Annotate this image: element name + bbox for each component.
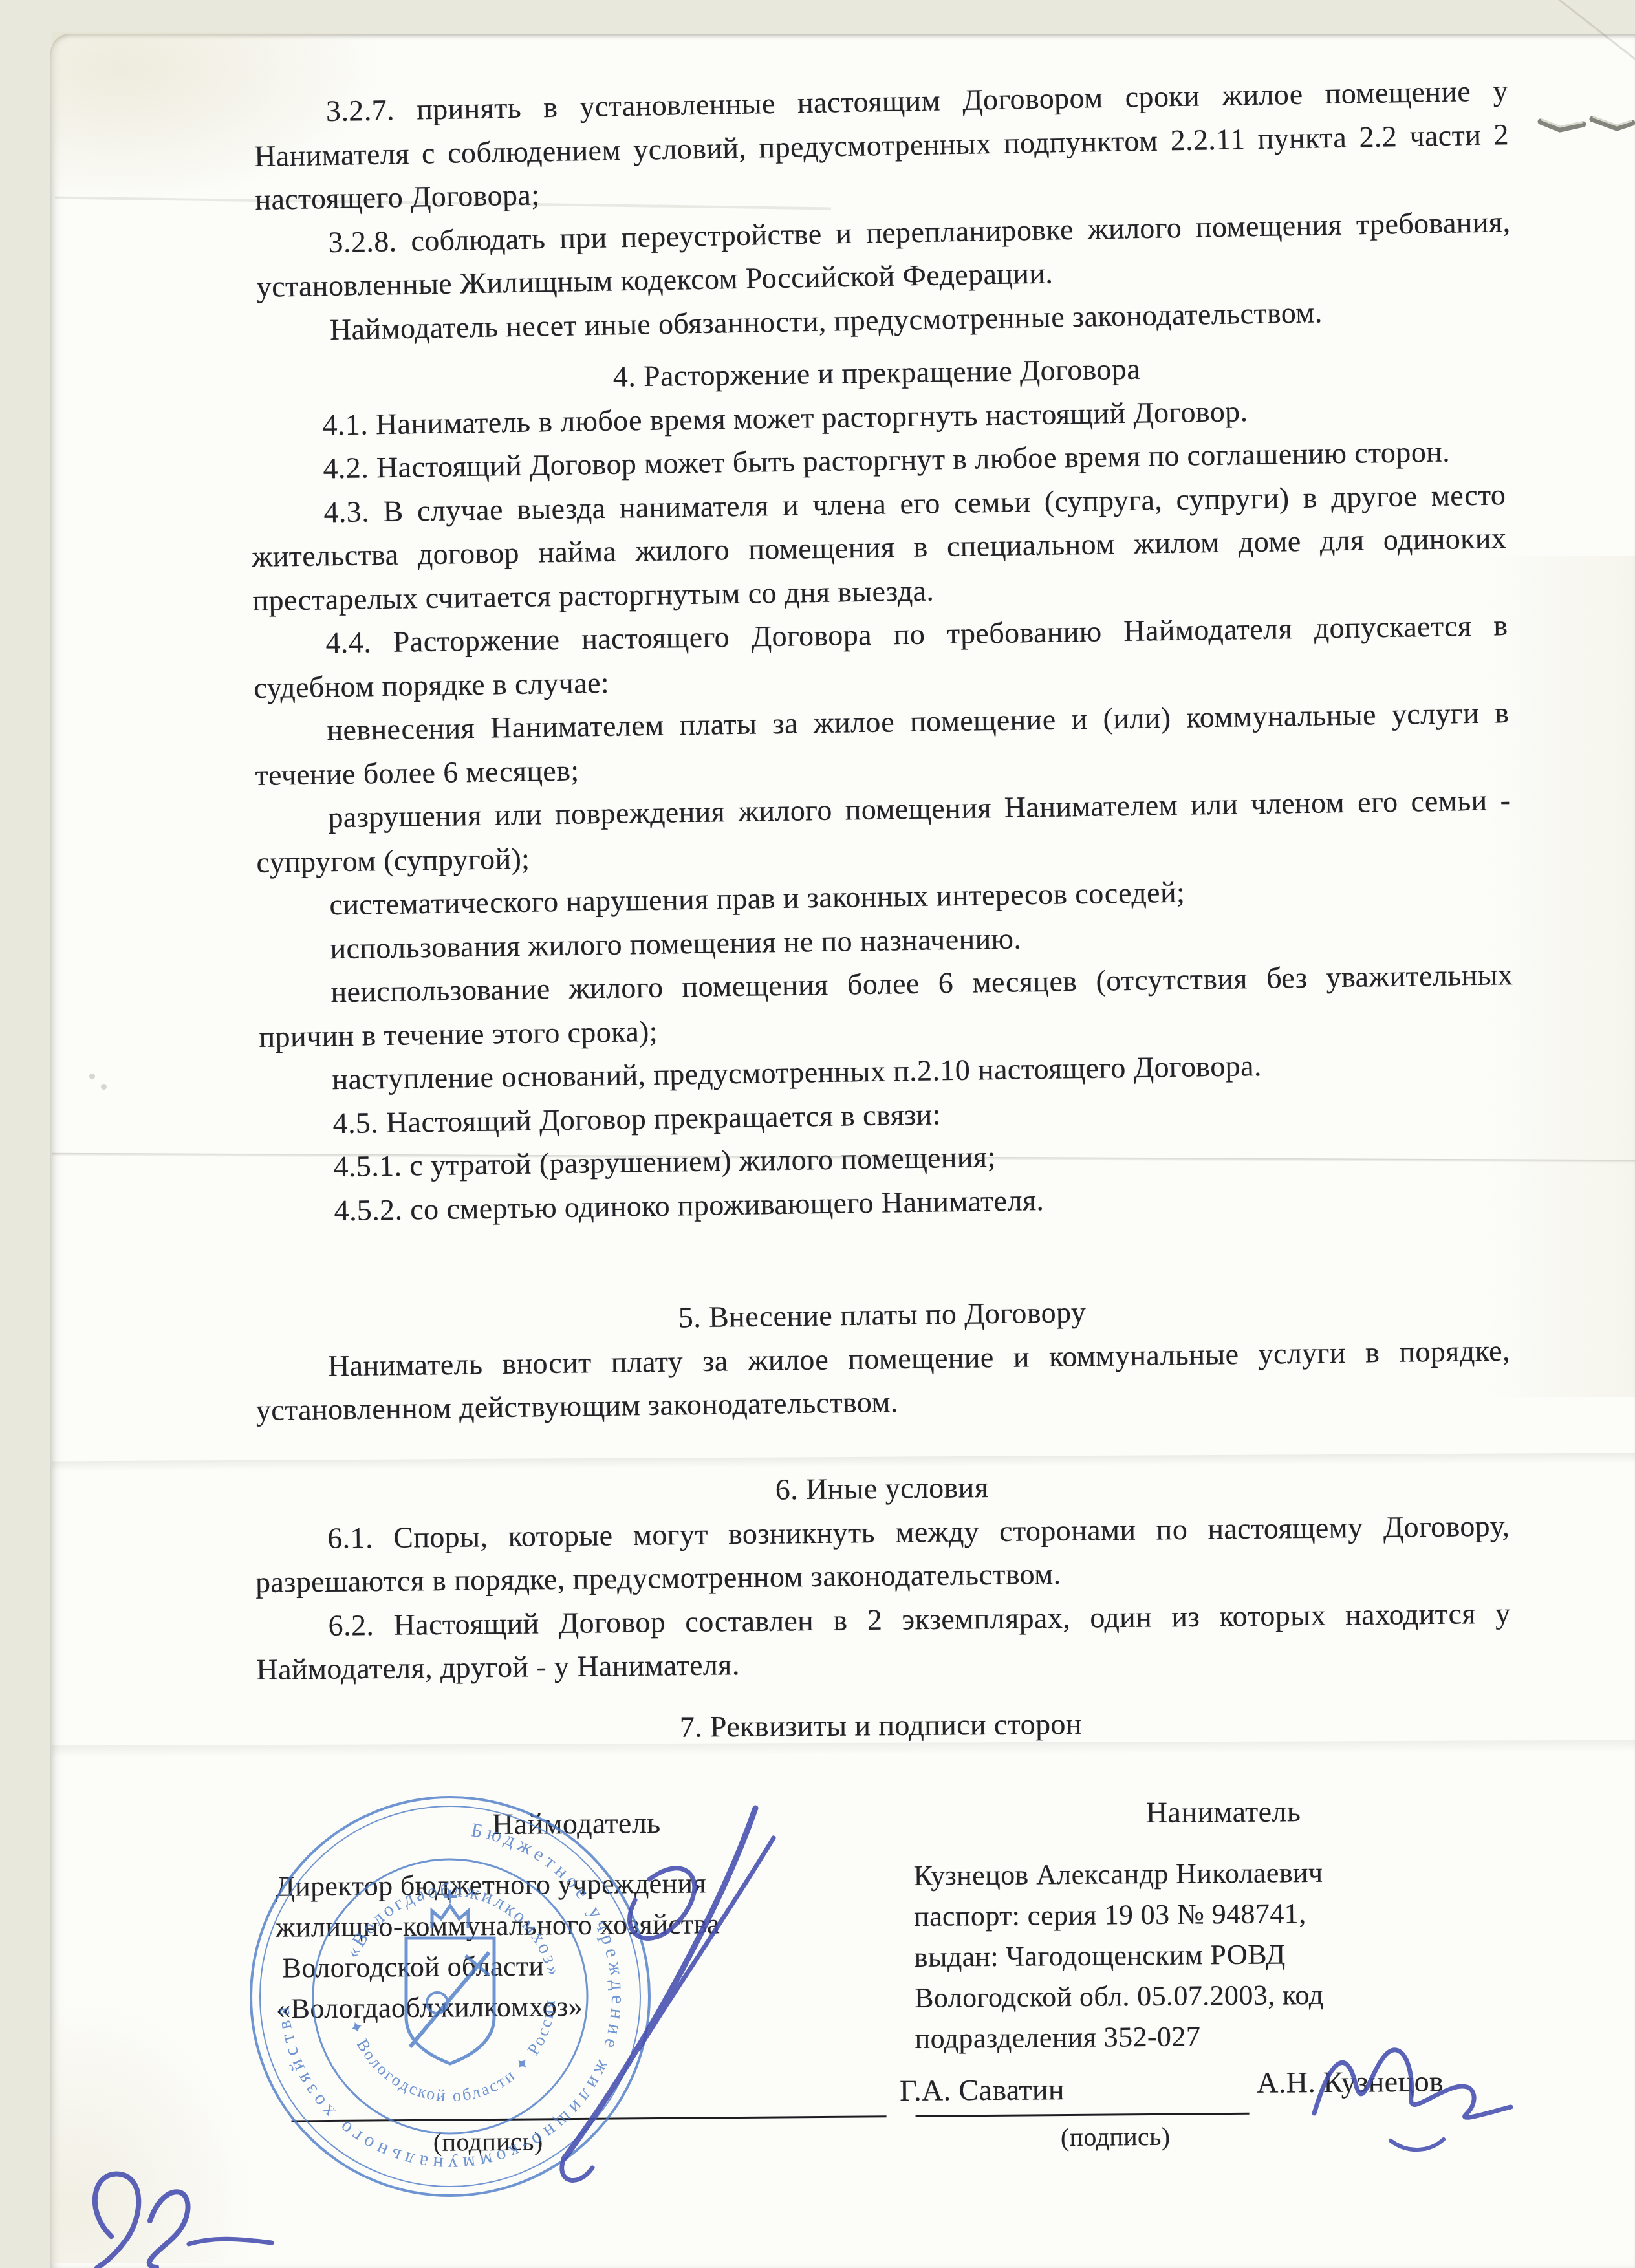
paper-hole [89,1074,95,1079]
landlord-signature-caption: (подпись) [433,2126,543,2157]
landlord-signature-line [292,2115,887,2122]
clause-6-2: 6.2. Настоящий Договор составлен в 2 экз… [255,1591,1511,1691]
landlord-label: Наймодатель [492,1806,661,1841]
tenant-line: выдан: Чагодощенским РОВД [914,1938,1285,1974]
tenant-line: паспорт: серия 19 03 № 948741, [914,1897,1306,1933]
landlord-signer-name: Г.А. Саватин [900,2072,1065,2108]
tenant-label: Наниматель [1146,1794,1301,1830]
clause-6-1: 6.1. Споры, которые могут возникнуть меж… [255,1504,1510,1604]
landlord-line: Директор бюджетного учреждения [276,1866,707,1903]
section-5: 5. Внесение платы по Договору Наниматель… [255,1285,1511,1432]
tenant-signer-name: А.Н. Кузнецов [1257,2064,1444,2099]
clause-3-2-7: 3.2.7. принять в установленные настоящим… [253,69,1510,221]
section-4: 4. Расторжение и прекращение Договора 4.… [249,341,1517,1233]
landlord-line: жилищно-коммунального хозяйства [276,1907,720,1943]
section-7: 7. Реквизиты и подписи сторон Наймодател… [0,1702,1635,2268]
paper-hole [101,1084,107,1090]
scanned-document-page: 3.2.7. принять в установленные настоящим… [0,0,1635,2268]
clauses-3-2: 3.2.7. принять в установленные настоящим… [253,69,1512,352]
tenant-signature-line [916,2113,1250,2117]
tenant-line: подразделения 352-027 [915,2020,1200,2055]
clause-4-3: 4.3. В случае выезда нанимателя и члена … [251,473,1508,622]
landlord-line: Вологодской области [283,1949,545,1984]
clause-5-payment: Наниматель вносит плату за жилое помещен… [255,1328,1511,1432]
tenant-line: Кузнецов Александр Николаевич [913,1856,1323,1892]
tenant-signature-caption: (подпись) [1061,2121,1171,2152]
landlord-line: «Вологдаоблжилкомхоз» [276,1990,583,2025]
tenant-line: Вологодской обл. 05.07.2003, код [915,1978,1324,2014]
section-6: 6. Иные условия 6.1. Споры, которые могу… [254,1460,1511,1692]
